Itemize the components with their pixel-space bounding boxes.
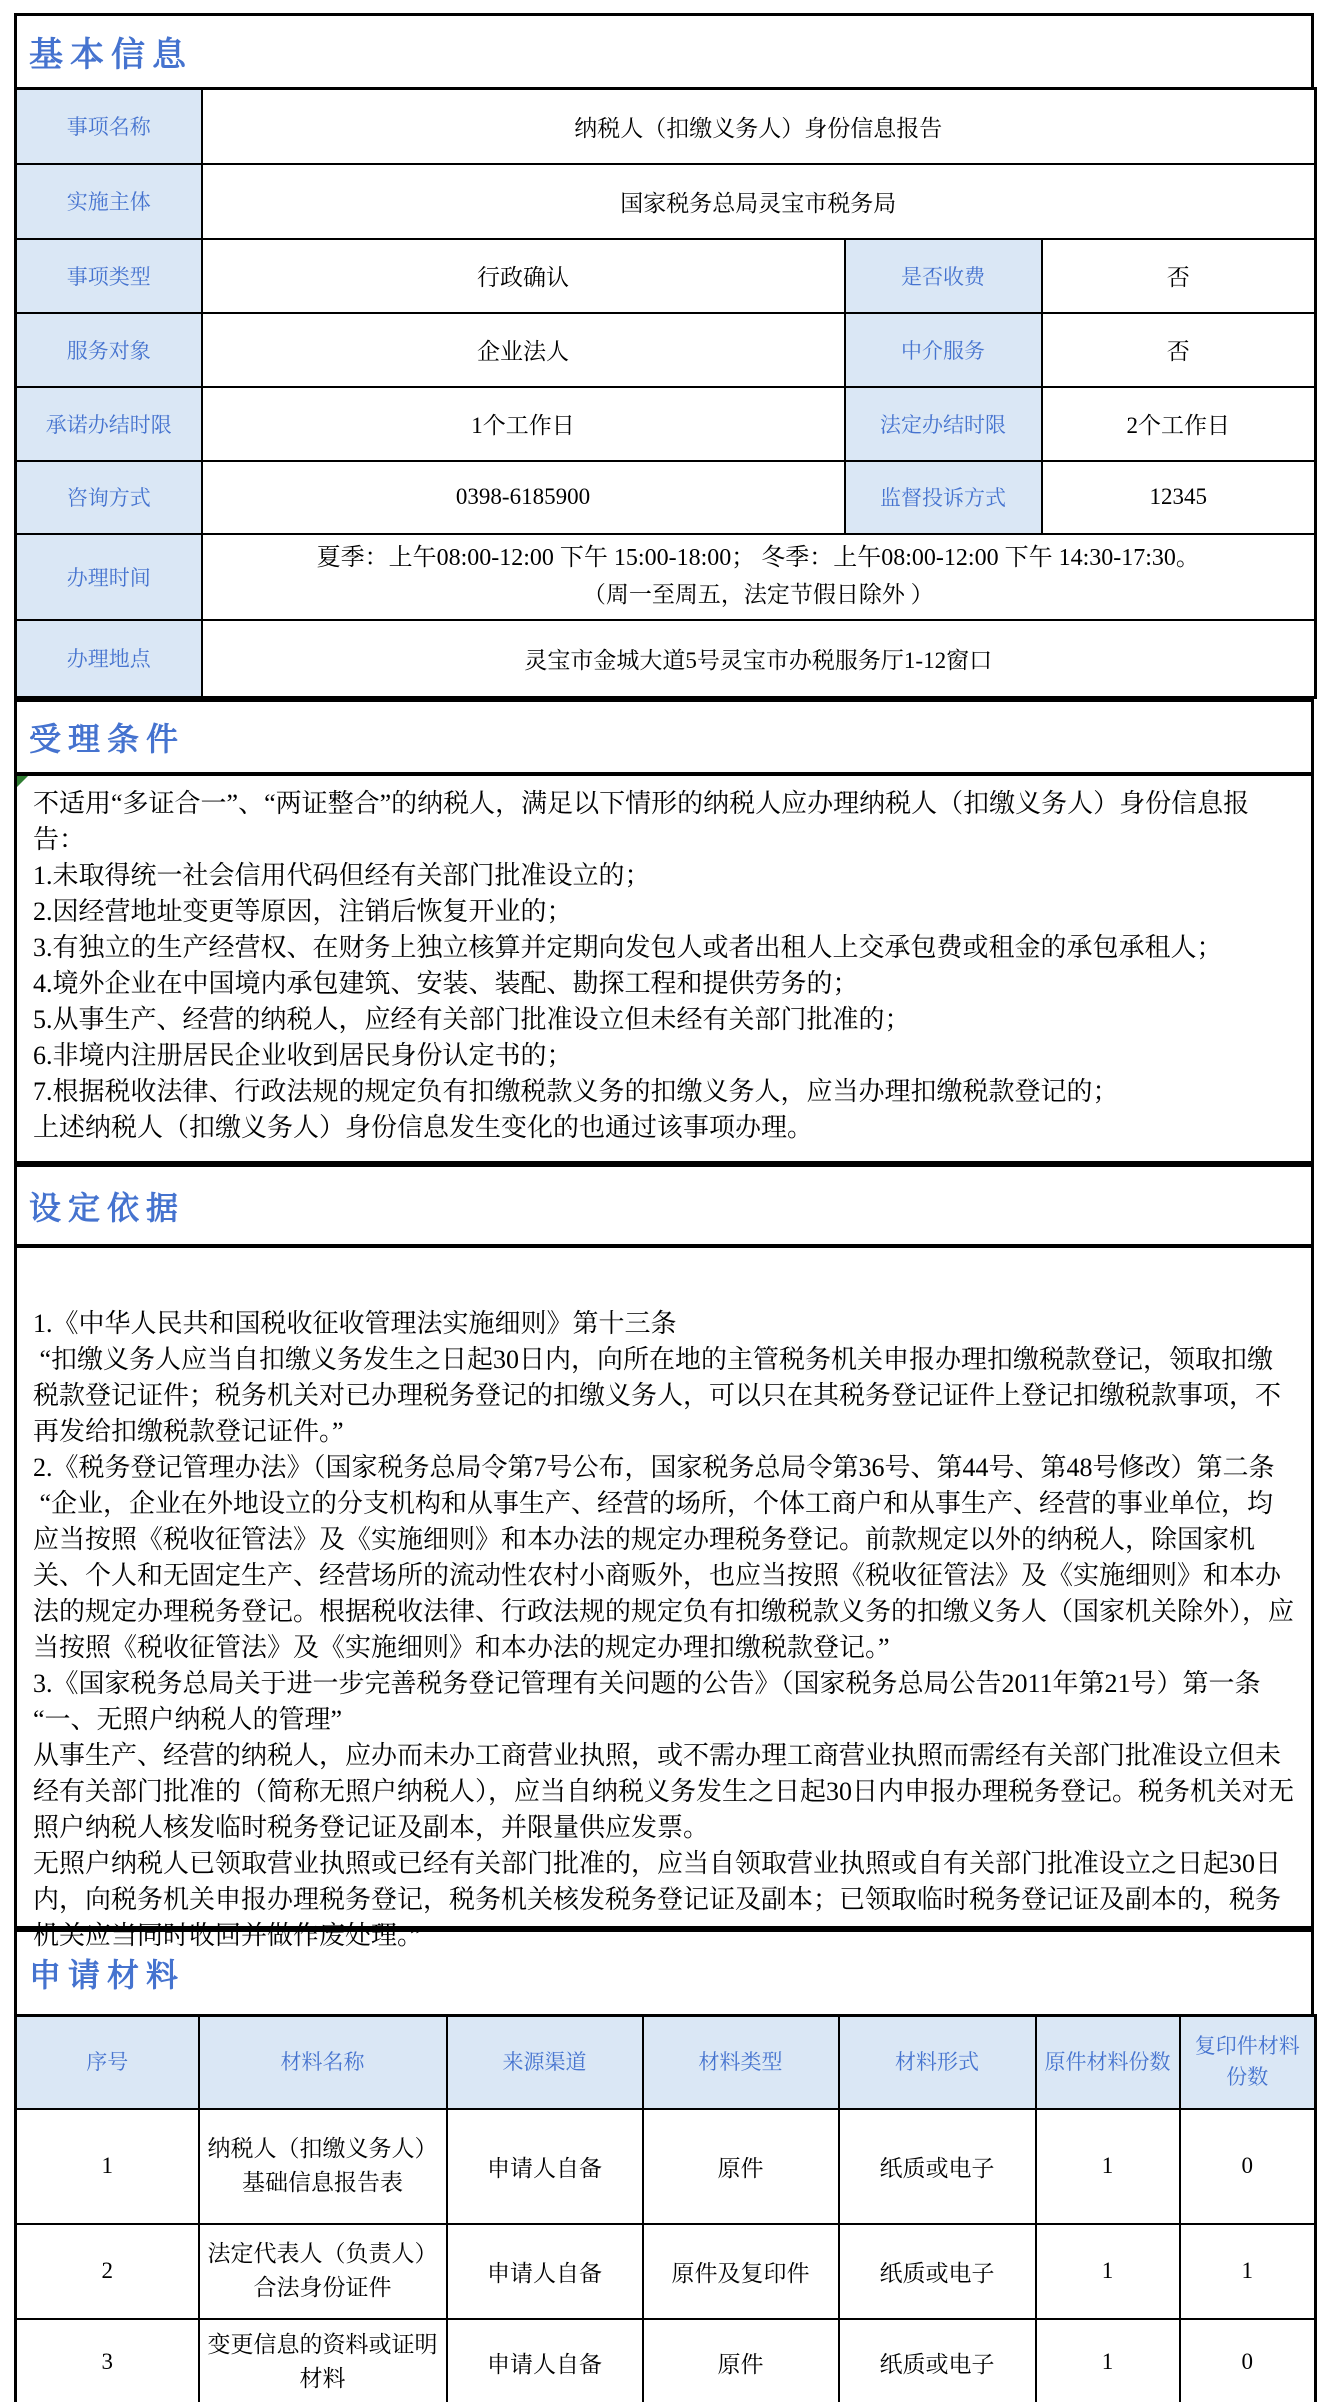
label-cell: 事项类型 — [16, 239, 202, 313]
basis-line: 2.《税务登记管理办法》（国家税务总局令第7号公布，国家税务总局令第36号、第4… — [33, 1450, 1295, 1486]
column-header: 原件材料份数 — [1036, 2016, 1180, 2109]
value-cell: 纳税人（扣缴义务人）身份信息报告 — [202, 89, 1316, 164]
cell-type: 原件及复印件 — [643, 2224, 839, 2319]
basic-info-table: 事项名称 纳税人（扣缴义务人）身份信息报告 实施主体 国家税务总局灵宝市税务局 … — [14, 87, 1317, 699]
basis-line: 从事生产、经营的纳税人，应办而未办工商营业执照，或不需办理工商营业执照而需经有关… — [33, 1738, 1295, 1846]
cell-original-count: 1 — [1036, 2224, 1180, 2319]
cell-copy-count: 0 — [1180, 2319, 1316, 2402]
value-cell: 否 — [1042, 239, 1316, 313]
acceptance-line: 5.从事生产、经营的纳税人，应经有关部门批准设立但未经有关部门批准的； — [33, 1002, 1295, 1038]
table-row: 实施主体 国家税务总局灵宝市税务局 — [16, 164, 1316, 239]
section-title-basic-info: 基本信息 — [14, 13, 1314, 87]
cell-comment-marker-icon — [17, 776, 28, 787]
section-title-legal-basis: 设定依据 — [14, 1164, 1314, 1244]
cell-type: 原件 — [643, 2109, 839, 2224]
cell-seq: 2 — [16, 2224, 199, 2319]
label-cell: 法定办结时限 — [845, 387, 1042, 461]
value-cell: 1个工作日 — [202, 387, 845, 461]
section-title-text: 基本信息 — [29, 27, 193, 76]
acceptance-line: 上述纳税人（扣缴义务人）身份信息发生变化的也通过该事项办理。 — [33, 1110, 1295, 1146]
materials-header-row: 序号 材料名称 来源渠道 材料类型 材料形式 原件材料份数 复印件材料份数 — [16, 2016, 1316, 2109]
table-row: 事项名称 纳税人（扣缴义务人）身份信息报告 — [16, 89, 1316, 164]
table-row: 咨询方式 0398-6185900 监督投诉方式 12345 — [16, 461, 1316, 534]
label-cell: 事项名称 — [16, 89, 202, 164]
table-row: 服务对象 企业法人 中介服务 否 — [16, 313, 1316, 387]
acceptance-text-box: 不适用“多证合一”、“两证整合”的纳税人，满足以下情形的纳税人应办理纳税人（扣缴… — [14, 772, 1314, 1164]
acceptance-line: 7.根据税收法律、行政法规的规定负有扣缴税款义务的扣缴义务人，应当办理扣缴税款登… — [33, 1074, 1295, 1110]
label-cell: 中介服务 — [845, 313, 1042, 387]
cell-type: 原件 — [643, 2319, 839, 2402]
value-cell: 灵宝市金城大道5号灵宝市办税服务厅1-12窗口 — [202, 620, 1316, 698]
acceptance-line: 4.境外企业在中国境内承包建筑、安装、装配、勘探工程和提供劳务的； — [33, 966, 1295, 1002]
cell-seq: 3 — [16, 2319, 199, 2402]
label-cell: 服务对象 — [16, 313, 202, 387]
column-header: 材料名称 — [199, 2016, 447, 2109]
value-cell: 0398-6185900 — [202, 461, 845, 534]
table-row: 办理地点 灵宝市金城大道5号灵宝市办税服务厅1-12窗口 — [16, 620, 1316, 698]
value-cell: 夏季：上午08:00-12:00 下午 15:00-18:00； 冬季：上午08… — [202, 534, 1316, 620]
cell-material-name: 法定代表人（负责人）合法身份证件 — [199, 2224, 447, 2319]
cell-form: 纸质或电子 — [839, 2109, 1036, 2224]
acceptance-line: 3.有独立的生产经营权、在财务上独立核算并定期向发包人或者出租人上交承包费或租金… — [33, 930, 1295, 966]
label-cell: 实施主体 — [16, 164, 202, 239]
cell-form: 纸质或电子 — [839, 2319, 1036, 2402]
column-header: 复印件材料份数 — [1180, 2016, 1316, 2109]
table-row: 承诺办结时限 1个工作日 法定办结时限 2个工作日 — [16, 387, 1316, 461]
section-title-text: 申请材料 — [29, 1950, 185, 1996]
acceptance-line: 1.未取得统一社会信用代码但经有关部门批准设立的； — [33, 858, 1295, 894]
column-header: 材料形式 — [839, 2016, 1036, 2109]
label-cell: 监督投诉方式 — [845, 461, 1042, 534]
cell-original-count: 1 — [1036, 2109, 1180, 2224]
basis-line: 3.《国家税务总局关于进一步完善税务登记管理有关问题的公告》（国家税务总局公告2… — [33, 1666, 1295, 1702]
value-cell: 12345 — [1042, 461, 1316, 534]
section-title-acceptance: 受理条件 — [14, 699, 1314, 772]
basis-line: “企业，企业在外地设立的分支机构和从事生产、经营的场所，个体工商户和从事生产、经… — [33, 1486, 1295, 1666]
cell-form: 纸质或电子 — [839, 2224, 1036, 2319]
basis-line: 无照户纳税人已领取营业执照或已经有关部门批准的，应当自领取营业执照或自有关部门批… — [33, 1846, 1295, 1954]
cell-copy-count: 1 — [1180, 2224, 1316, 2319]
value-cell: 行政确认 — [202, 239, 845, 313]
section-title-text: 受理条件 — [29, 714, 185, 760]
table-row: 办理时间 夏季：上午08:00-12:00 下午 15:00-18:00； 冬季… — [16, 534, 1316, 620]
value-cell: 否 — [1042, 313, 1316, 387]
basis-line: 1.《中华人民共和国税收征收管理法实施细则》第十三条 — [33, 1306, 1295, 1342]
value-cell: 国家税务总局灵宝市税务局 — [202, 164, 1316, 239]
label-cell: 咨询方式 — [16, 461, 202, 534]
acceptance-line: 2.因经营地址变更等原因，注销后恢复开业的； — [33, 894, 1295, 930]
document-page: 基本信息 事项名称 纳税人（扣缴义务人）身份信息报告 实施主体 国家税务总局灵宝… — [0, 0, 1328, 2402]
service-hours-line: 夏季：上午08:00-12:00 下午 15:00-18:00； 冬季：上午08… — [209, 540, 1309, 577]
basis-line: “一、无照户纳税人的管理” — [33, 1702, 1295, 1738]
materials-table: 序号 材料名称 来源渠道 材料类型 材料形式 原件材料份数 复印件材料份数 1 … — [14, 2014, 1317, 2402]
label-cell: 办理时间 — [16, 534, 202, 620]
cell-source: 申请人自备 — [447, 2319, 643, 2402]
cell-copy-count: 0 — [1180, 2109, 1316, 2224]
label-cell: 是否收费 — [845, 239, 1042, 313]
service-hours-note: （周一至周五，法定节假日除外 ） — [209, 577, 1309, 613]
value-cell: 企业法人 — [202, 313, 845, 387]
label-cell: 承诺办结时限 — [16, 387, 202, 461]
column-header: 材料类型 — [643, 2016, 839, 2109]
materials-row: 3 变更信息的资料或证明材料 申请人自备 原件 纸质或电子 1 0 — [16, 2319, 1316, 2402]
materials-row: 2 法定代表人（负责人）合法身份证件 申请人自备 原件及复印件 纸质或电子 1 … — [16, 2224, 1316, 2319]
table-row: 事项类型 行政确认 是否收费 否 — [16, 239, 1316, 313]
basis-line: “扣缴义务人应当自扣缴义务发生之日起30日内，向所在地的主管税务机关申报办理扣缴… — [33, 1342, 1295, 1450]
value-cell: 2个工作日 — [1042, 387, 1316, 461]
acceptance-line: 6.非境内注册居民企业收到居民身份认定书的； — [33, 1038, 1295, 1074]
section-title-text: 设定依据 — [29, 1183, 185, 1229]
column-header: 来源渠道 — [447, 2016, 643, 2109]
cell-material-name: 纳税人（扣缴义务人）基础信息报告表 — [199, 2109, 447, 2224]
cell-original-count: 1 — [1036, 2319, 1180, 2402]
legal-basis-text-box: 1.《中华人民共和国税收征收管理法实施细则》第十三条 “扣缴义务人应当自扣缴义务… — [14, 1244, 1314, 1929]
column-header: 序号 — [16, 2016, 199, 2109]
cell-source: 申请人自备 — [447, 2109, 643, 2224]
cell-source: 申请人自备 — [447, 2224, 643, 2319]
cell-seq: 1 — [16, 2109, 199, 2224]
cell-material-name: 变更信息的资料或证明材料 — [199, 2319, 447, 2402]
materials-row: 1 纳税人（扣缴义务人）基础信息报告表 申请人自备 原件 纸质或电子 1 0 — [16, 2109, 1316, 2224]
label-cell: 办理地点 — [16, 620, 202, 698]
acceptance-line: 不适用“多证合一”、“两证整合”的纳税人，满足以下情形的纳税人应办理纳税人（扣缴… — [33, 786, 1295, 858]
